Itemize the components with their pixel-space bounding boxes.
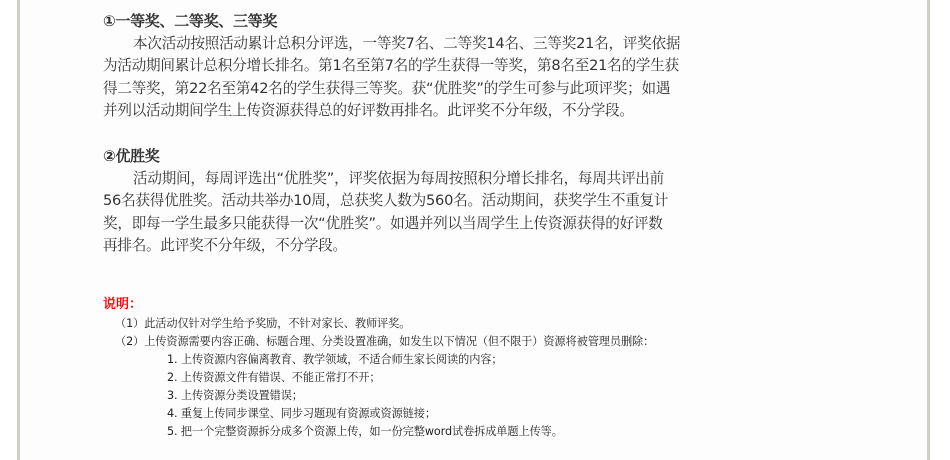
paragraph-line: 再排名。此评奖不分年级，不分学段。 [103,235,713,257]
notes-title: 说明： [103,296,142,314]
paragraph-line: 为活动期间累计总积分增长排名。第1名至第7名的学生获得一等奖，第8名至21名的学… [103,55,713,77]
note-item: （2）上传资源需要内容正确、标题合理、分类设置准确，如发生以下情况（但不限于）资… [115,333,654,351]
section-paragraph-prizes: 本次活动按照活动累计总积分评选，一等奖7名、二等奖14名、三等奖21名，评奖依据… [103,33,713,122]
paragraph-line: 本次活动按照活动累计总积分评选，一等奖7名、二等奖14名、三等奖21名，评奖依据 [103,33,713,55]
note-sub-item: 3. 上传资源分类设置错误； [115,387,654,405]
notes-list: （1）此活动仅针对学生给予奖励，不针对家长、教师评奖。 （2）上传资源需要内容正… [115,315,654,441]
section-paragraph-excellence: 活动期间，每周评选出“优胜奖”，评奖依据为每周按照积分增长排名，每周共评出前 5… [103,168,713,257]
note-sub-item: 4. 重复上传同步课堂、同步习题现有资源或资源链接； [115,405,654,423]
note-sub-item: 2. 上传资源文件有错误、不能正常打不开； [115,369,654,387]
paragraph-line: 得二等奖，第22名至第42名的学生获得三等奖。获“优胜奖”的学生可参与此项评奖；… [103,78,713,100]
note-sub-item: 1. 上传资源内容偏离教育、教学领域，不适合师生家长阅读的内容； [115,351,654,369]
paragraph-line: 并列以活动期间学生上传资源获得总的好评数再排名。此评奖不分年级，不分学段。 [103,100,713,122]
section-title-prizes: ①一等奖、二等奖、三等奖 [103,10,277,32]
note-sub-item: 5. 把一个完整资源拆分成多个资源上传，如一份完整word试卷拆成单题上传等。 [115,423,654,441]
section-title-excellence: ②优胜奖 [103,145,160,167]
note-item: （1）此活动仅针对学生给予奖励，不针对家长、教师评奖。 [115,315,654,333]
paragraph-line: 活动期间，每周评选出“优胜奖”，评奖依据为每周按照积分增长排名，每周共评出前 [103,168,713,190]
paragraph-line: 奖，即每一学生最多只能获得一次“优胜奖”。如遇并列以当周学生上传资源获得的好评数 [103,213,713,235]
paragraph-line: 56名获得优胜奖。活动共举办10周，总获奖人数为560名。活动期间，获奖学生不重… [103,190,713,212]
